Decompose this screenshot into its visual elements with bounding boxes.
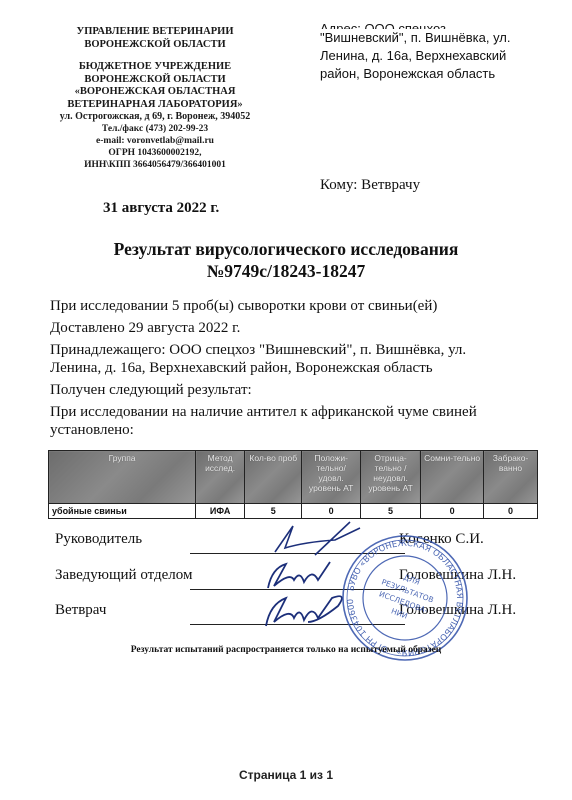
disclaimer: Результат испытаний распространяется тол…: [0, 645, 572, 655]
signature-role: Руководитель: [55, 531, 142, 548]
client-address-line: "Вишневский", п. Вишнёвка, ул.: [320, 29, 560, 47]
results-table: Группа Метод исслед. Кол-во проб Положи-…: [48, 450, 538, 519]
signature-name: Головешкина Л.Н.: [399, 602, 516, 619]
cell-doubtful: 0: [421, 504, 484, 519]
page-number: Страница 1 из 1: [0, 768, 572, 782]
org-ogrn: ОГРН 1043600002192,: [55, 147, 255, 159]
table-header-row: Группа Метод исслед. Кол-во проб Положи-…: [49, 451, 538, 504]
owner-paragraph-line1: Принадлежащего: ООО спецхоз "Вишневский"…: [50, 341, 550, 359]
client-address: Адрес: ООО спецхоз "Вишневский", п. Вишн…: [320, 22, 560, 83]
cell-negative: 5: [360, 504, 420, 519]
cell-group: убойные свиньи: [49, 504, 196, 519]
org-phone: Тел./факс (473) 202-99-23: [55, 123, 255, 135]
org-line: ВОРОНЕЖСКОЙ ОБЛАСТИ: [55, 39, 255, 52]
handwritten-signature-icon: [258, 592, 353, 632]
document-date: 31 августа 2022 г.: [103, 200, 219, 217]
org-line: ВОРОНЕЖСКОЙ ОБЛАСТИ: [55, 74, 255, 87]
signature-line: [190, 553, 405, 554]
signature-name: Головешкина Л.Н.: [399, 567, 516, 584]
cell-method: ИФА: [196, 504, 245, 519]
svg-text:БУВО «ВОРОНЕЖСКАЯ ОБЛАСТНАЯ ВЕ: БУВО «ВОРОНЕЖСКАЯ ОБЛАСТНАЯ ВЕТЛАБОРАТОР…: [340, 533, 464, 657]
client-address-line: Адрес: ООО спецхоз: [320, 20, 560, 29]
document-body: При исследовании 5 проб(ы) сыворотки кро…: [50, 297, 550, 439]
signature-line: [190, 624, 405, 625]
title-line: Результат вирусологического исследования: [0, 238, 572, 260]
finding-line1: При исследовании на наличие антител к аф…: [50, 403, 550, 421]
col-header-doubtful: Сомни-тельно: [421, 451, 484, 504]
client-address-line: Ленина, д. 16а, Верхнехавский: [320, 47, 560, 65]
col-header-group: Группа: [49, 451, 196, 504]
organization-contacts: ул. Острогожская, д 69, г. Воронеж, 3940…: [55, 111, 255, 171]
organization-header: УПРАВЛЕНИЕ ВЕТЕРИНАРИИ ВОРОНЕЖСКОЙ ОБЛАС…: [55, 26, 255, 111]
owner-paragraph-line2: Ленина, д. 16а, Верхнехавский район, Вор…: [50, 359, 550, 377]
org-line: «ВОРОНЕЖСКАЯ ОБЛАСТНАЯ: [55, 86, 255, 99]
delivered-paragraph: Доставлено 29 августа 2022 г.: [50, 319, 550, 337]
signature-role: Ветврач: [55, 602, 106, 619]
signature-line: [190, 589, 405, 590]
finding-line2: установлено:: [50, 421, 550, 439]
recipient: Кому: Ветврачу: [320, 177, 420, 194]
result-intro: Получен следующий результат:: [50, 381, 550, 399]
samples-paragraph: При исследовании 5 проб(ы) сыворотки кро…: [50, 297, 550, 315]
col-header-negative: Отрица-тельно / неудовл. уровень АТ: [360, 451, 420, 504]
col-header-method: Метод исслед.: [196, 451, 245, 504]
col-header-rejected: Забрако-ванно: [484, 451, 538, 504]
org-line: ВЕТЕРИНАРНАЯ ЛАБОРАТОРИЯ»: [55, 99, 255, 112]
cell-positive: 0: [302, 504, 360, 519]
org-inn-kpp: ИНН\КПП 3664056479/366401001: [55, 159, 255, 171]
signature-name: Косенко С.И.: [399, 531, 484, 548]
table-row: убойные свиньи ИФА 5 0 5 0 0: [49, 504, 538, 519]
cell-count: 5: [245, 504, 302, 519]
signature-role: Заведующий отделом: [55, 567, 192, 584]
report-number: №9749с/18243-18247: [0, 260, 572, 282]
org-email: e-mail: voronvetlab@mail.ru: [55, 135, 255, 147]
col-header-positive: Положи-тельно/ удовл. уровень АТ: [302, 451, 360, 504]
org-address: ул. Острогожская, д 69, г. Воронеж, 3940…: [55, 111, 255, 123]
org-line: УПРАВЛЕНИЕ ВЕТЕРИНАРИИ: [55, 26, 255, 39]
col-header-count: Кол-во проб: [245, 451, 302, 504]
cell-rejected: 0: [484, 504, 538, 519]
document-title: Результат вирусологического исследования…: [0, 238, 572, 282]
client-address-line: район, Воронежская область: [320, 65, 560, 83]
org-line: БЮДЖЕТНОЕ УЧРЕЖДЕНИЕ: [55, 61, 255, 74]
handwritten-signature-icon: [255, 520, 365, 560]
handwritten-signature-icon: [260, 558, 340, 593]
